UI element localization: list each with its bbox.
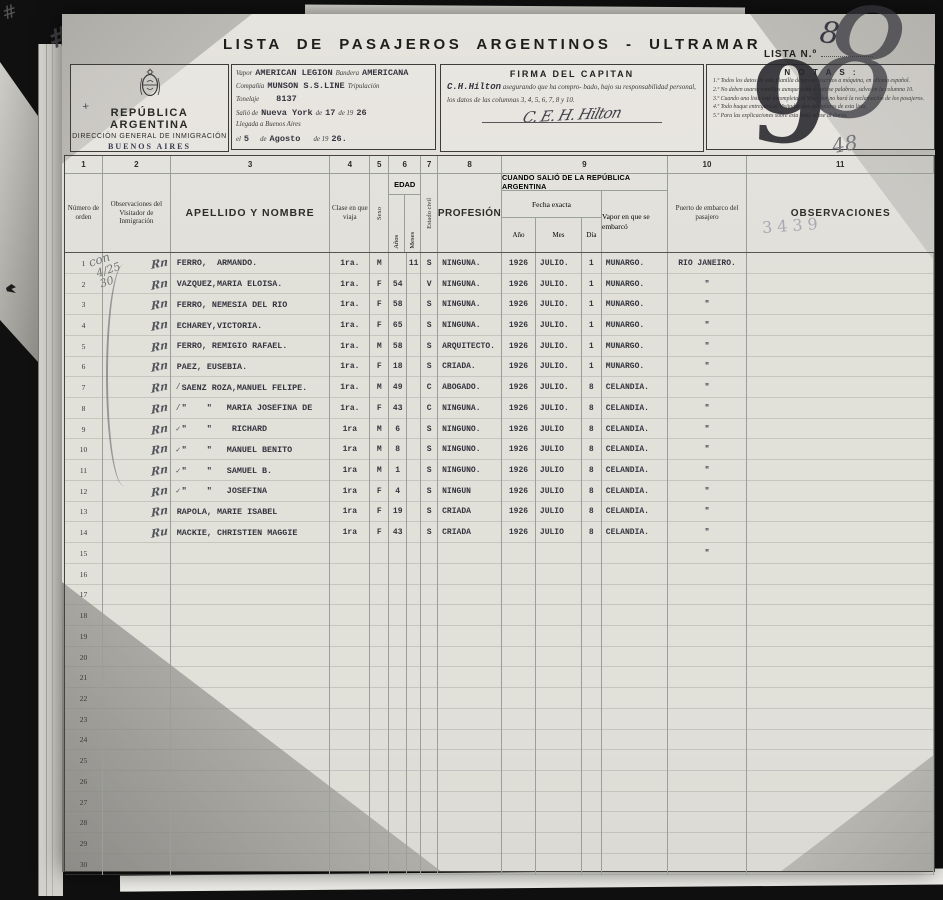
ano-cell bbox=[502, 543, 536, 564]
llegada-de-label: de bbox=[260, 136, 266, 143]
row-number: 9 bbox=[65, 419, 103, 440]
profesion-cell: NINGUNA. bbox=[438, 398, 502, 419]
meses-cell bbox=[407, 564, 421, 585]
table-row: 3 Rn FERRO, NEMESIA DEL RIO 1ra. F 58 S … bbox=[65, 294, 934, 315]
edad-label: EDAD bbox=[389, 174, 420, 195]
passenger-name: PAEZ, EUSEBIA. bbox=[177, 362, 247, 372]
profesion-cell: NINGUN bbox=[438, 481, 502, 502]
observaciones-cell bbox=[747, 833, 934, 854]
page-title: LISTA DE PASAJEROS ARGENTINOS - ULTRAMAR bbox=[212, 36, 772, 53]
llegada-month: Agosto bbox=[270, 134, 301, 144]
estado-civil-cell: C bbox=[421, 398, 438, 419]
mes-cell: JULIO. bbox=[536, 253, 582, 274]
name-cell: ✓" " MANUEL BENITO bbox=[171, 439, 331, 460]
profesion-cell: CRIADA bbox=[438, 522, 502, 543]
puerto-cell: " bbox=[668, 419, 748, 440]
vapor-cell: CELANDIA. bbox=[602, 377, 668, 398]
bandera-label: Bandera bbox=[336, 70, 359, 77]
table-row: 16 bbox=[65, 564, 934, 585]
profesion-cell bbox=[438, 564, 502, 585]
puerto-cell: " bbox=[668, 377, 748, 398]
clase-cell: 1ra bbox=[330, 439, 370, 460]
anos-cell: 58 bbox=[389, 336, 407, 357]
table-row: 11 Rn ✓" " SAMUEL B. 1ra M 1 S NINGUNO. … bbox=[65, 460, 934, 481]
anos-cell: 43 bbox=[389, 398, 407, 419]
table-row: 27 bbox=[65, 792, 934, 813]
ano-cell bbox=[502, 605, 536, 626]
dia-cell bbox=[582, 585, 602, 606]
tripulacion-label: Tripulación bbox=[348, 83, 380, 90]
profesion-cell bbox=[438, 585, 502, 606]
vapor-cell: CELANDIA. bbox=[602, 502, 668, 523]
profesion-cell bbox=[438, 626, 502, 647]
meses-cell bbox=[407, 522, 421, 543]
compania-label: Compañía bbox=[236, 83, 264, 90]
anos-cell: 1 bbox=[389, 460, 407, 481]
estado-civil-cell bbox=[421, 833, 438, 854]
vapor-cell bbox=[602, 647, 668, 668]
mes-cell: JULIO. bbox=[536, 315, 582, 336]
anos-cell bbox=[389, 564, 407, 585]
ano-cell bbox=[502, 812, 536, 833]
passenger-name: " " SAMUEL B. bbox=[182, 466, 272, 476]
estado-civil-cell bbox=[421, 750, 438, 771]
salio-de-label: de bbox=[316, 110, 322, 117]
vapor-cell bbox=[602, 854, 668, 875]
vapor-cell: MUNARGO. bbox=[602, 274, 668, 295]
book-binding-edge bbox=[38, 44, 63, 896]
clase-cell: 1ra bbox=[330, 481, 370, 502]
puerto-cell bbox=[668, 605, 748, 626]
clase-cell bbox=[330, 709, 370, 730]
dia-cell bbox=[582, 709, 602, 730]
vapor-cell: CELANDIA. bbox=[602, 460, 668, 481]
dia-cell: 8 bbox=[582, 419, 602, 440]
meses-cell bbox=[407, 667, 421, 688]
estado-civil-cell bbox=[421, 605, 438, 626]
table-row: 18 bbox=[65, 605, 934, 626]
observaciones-cell bbox=[747, 792, 934, 813]
passenger-name: " " MANUEL BENITO bbox=[182, 445, 293, 455]
ano-cell bbox=[502, 647, 536, 668]
mes-cell: JULIO bbox=[536, 522, 582, 543]
table-row: 17 bbox=[65, 585, 934, 606]
sexo-cell bbox=[370, 833, 389, 854]
anos-label: Años bbox=[393, 235, 400, 249]
name-cell bbox=[171, 564, 331, 585]
row-number: 26 bbox=[65, 771, 103, 792]
vapor-cell: CELANDIA. bbox=[602, 522, 668, 543]
visitador-mark: Rn bbox=[151, 276, 168, 293]
puerto-cell: " bbox=[668, 357, 748, 378]
table-row: 4 Rn ECHAREY,VICTORIA. 1ra. F 65 S NINGU… bbox=[65, 315, 934, 336]
estado-civil-cell bbox=[421, 688, 438, 709]
anos-cell bbox=[389, 543, 407, 564]
meses-cell bbox=[407, 771, 421, 792]
mes-cell bbox=[536, 647, 582, 668]
meses-cell bbox=[407, 730, 421, 751]
dia-cell bbox=[582, 543, 602, 564]
mes-cell bbox=[536, 833, 582, 854]
visitador-mark: Rn bbox=[151, 359, 168, 376]
captain-text-3: columnas 3, 4, 5, 6, 7, 8 y 10. bbox=[492, 96, 574, 104]
sexo-cell: F bbox=[370, 294, 389, 315]
table-row: 8 Rn /" " MARIA JOSEFINA DE 1ra. F 43 C … bbox=[65, 398, 934, 419]
profesion-cell bbox=[438, 812, 502, 833]
puerto-cell bbox=[668, 647, 748, 668]
col-number-5: 5 bbox=[370, 156, 389, 173]
sexo-cell bbox=[370, 730, 389, 751]
clase-cell bbox=[330, 771, 370, 792]
observaciones-cell bbox=[747, 605, 934, 626]
clase-cell: 1ra. bbox=[330, 315, 370, 336]
dia-cell: 8 bbox=[582, 522, 602, 543]
meses-cell bbox=[407, 647, 421, 668]
anos-cell: 43 bbox=[389, 522, 407, 543]
compania-value: MUNSON S.S.LINE bbox=[267, 81, 344, 91]
visitador-mark-cell bbox=[103, 750, 171, 771]
observaciones-cell bbox=[747, 439, 934, 460]
estado-civil-cell: V bbox=[421, 274, 438, 295]
sexo-cell bbox=[370, 792, 389, 813]
table-row: 26 bbox=[65, 771, 934, 792]
profesion-cell bbox=[438, 709, 502, 730]
llegada-year: 26. bbox=[331, 134, 346, 144]
fecha-exacta-group: Fecha exacta Año Mes Día bbox=[502, 191, 602, 252]
meses-label: Meses bbox=[409, 232, 416, 249]
sexo-cell: F bbox=[370, 522, 389, 543]
puerto-cell: " bbox=[668, 481, 748, 502]
dia-cell: 1 bbox=[582, 274, 602, 295]
meses-cell bbox=[407, 481, 421, 502]
observaciones-cell bbox=[747, 750, 934, 771]
table-header-row: Número de orden Observaciones del Visita… bbox=[65, 174, 934, 253]
sexo-cell bbox=[370, 605, 389, 626]
sexo-cell: M bbox=[370, 377, 389, 398]
name-cell: RAPOLA, MARIE ISABEL bbox=[171, 502, 331, 523]
vapor-cell bbox=[602, 771, 668, 792]
estado-civil-cell bbox=[421, 771, 438, 792]
dia-cell bbox=[582, 771, 602, 792]
ano-cell bbox=[502, 709, 536, 730]
vapor-cell: MUNARGO. bbox=[602, 294, 668, 315]
profesion-cell bbox=[438, 543, 502, 564]
mes-cell: JULIO bbox=[536, 481, 582, 502]
meses-cell bbox=[407, 315, 421, 336]
puerto-cell: " bbox=[668, 315, 748, 336]
estado-civil-cell bbox=[421, 812, 438, 833]
ano-cell: 1926 bbox=[502, 419, 536, 440]
ano-cell: 1926 bbox=[502, 398, 536, 419]
row-number: 17 bbox=[65, 585, 103, 606]
check-mark: / bbox=[176, 383, 181, 392]
dia-cell: 8 bbox=[582, 481, 602, 502]
mes-cell: JULIO bbox=[536, 419, 582, 440]
row-number: 28 bbox=[65, 812, 103, 833]
mes-cell: JULIO bbox=[536, 460, 582, 481]
visitador-mark-cell bbox=[103, 792, 171, 813]
observaciones-cell bbox=[747, 730, 934, 751]
visitador-mark-cell bbox=[103, 543, 171, 564]
meses-cell bbox=[407, 626, 421, 647]
header-clase: Clase en que viaja bbox=[330, 174, 370, 252]
visitador-mark-cell bbox=[103, 626, 171, 647]
visitador-mark: Ru bbox=[151, 524, 168, 541]
dia-cell: 1 bbox=[582, 336, 602, 357]
profesion-cell: NINGUNA. bbox=[438, 274, 502, 295]
estado-civil-label: Estado civil bbox=[426, 198, 433, 229]
ano-cell: 1926 bbox=[502, 315, 536, 336]
vapor-cell: MUNARGO. bbox=[602, 336, 668, 357]
row-number: 8 bbox=[65, 398, 103, 419]
meses-cell bbox=[407, 854, 421, 875]
clase-cell bbox=[330, 854, 370, 875]
clase-cell bbox=[330, 564, 370, 585]
visitador-mark: Rn bbox=[151, 483, 168, 500]
name-cell bbox=[171, 792, 331, 813]
observaciones-cell bbox=[747, 688, 934, 709]
anos-cell: 54 bbox=[389, 274, 407, 295]
clase-cell bbox=[330, 543, 370, 564]
table-row: 22 bbox=[65, 688, 934, 709]
sexo-cell bbox=[370, 564, 389, 585]
puerto-cell bbox=[668, 585, 748, 606]
anos-cell: 58 bbox=[389, 294, 407, 315]
check-mark: ✓ bbox=[176, 486, 181, 496]
ano-cell: 1926 bbox=[502, 460, 536, 481]
anos-cell bbox=[389, 688, 407, 709]
row-number: 27 bbox=[65, 792, 103, 813]
observaciones-cell bbox=[747, 667, 934, 688]
header-apellido-nombre: APELLIDO Y NOMBRE bbox=[171, 174, 331, 252]
row-number: 19 bbox=[65, 626, 103, 647]
name-cell bbox=[171, 750, 331, 771]
estado-civil-cell: S bbox=[421, 502, 438, 523]
clase-cell bbox=[330, 667, 370, 688]
meses-cell bbox=[407, 377, 421, 398]
col-number-11: 11 bbox=[747, 156, 934, 173]
ano-cell bbox=[502, 730, 536, 751]
profesion-cell: NINGUNO. bbox=[438, 419, 502, 440]
profesion-cell bbox=[438, 730, 502, 751]
sexo-cell: M bbox=[370, 439, 389, 460]
observaciones-cell bbox=[747, 709, 934, 730]
profesion-cell bbox=[438, 688, 502, 709]
vapor-embarco-label: Vapor en que se embarcó bbox=[602, 191, 667, 252]
sexo-cell: F bbox=[370, 481, 389, 502]
name-cell: FERRO, ARMANDO. bbox=[171, 253, 331, 274]
vapor-cell bbox=[602, 792, 668, 813]
anos-cell bbox=[389, 709, 407, 730]
header-observaciones-visitador: Observaciones del Visitador de Inmigraci… bbox=[103, 174, 171, 252]
row-number: 21 bbox=[65, 667, 103, 688]
dia-cell bbox=[582, 854, 602, 875]
row-number: 14 bbox=[65, 522, 103, 543]
meses-cell: 11 bbox=[407, 253, 421, 274]
vapor-cell: CELANDIA. bbox=[602, 419, 668, 440]
llegada-day: 5 bbox=[244, 134, 249, 144]
ano-cell bbox=[502, 688, 536, 709]
vapor-cell: MUNARGO. bbox=[602, 315, 668, 336]
observaciones-cell bbox=[747, 854, 934, 875]
sexo-cell: M bbox=[370, 460, 389, 481]
visitador-mark: Rn bbox=[151, 296, 168, 313]
anos-cell bbox=[389, 771, 407, 792]
anos-cell bbox=[389, 792, 407, 813]
visitador-mark-cell: Ru bbox=[103, 522, 171, 543]
visitador-mark-cell bbox=[103, 854, 171, 875]
sexo-cell bbox=[370, 626, 389, 647]
clase-cell: 1ra bbox=[330, 419, 370, 440]
observaciones-cell bbox=[747, 502, 934, 523]
anos-cell: 49 bbox=[389, 377, 407, 398]
vapor-cell bbox=[602, 730, 668, 751]
visitador-mark: Rn bbox=[151, 504, 168, 521]
profesion-cell: ARQUITECTO. bbox=[438, 336, 502, 357]
anos-cell: 4 bbox=[389, 481, 407, 502]
meses-cell bbox=[407, 750, 421, 771]
estado-civil-cell: S bbox=[421, 294, 438, 315]
ano-cell bbox=[502, 792, 536, 813]
passenger-name: " " RICHARD bbox=[182, 424, 267, 434]
table-row: 21 bbox=[65, 667, 934, 688]
header-profesion: PROFESIÓN bbox=[438, 174, 502, 252]
table-row: 2 Rn VAZQUEZ,MARIA ELOISA. 1ra. F 54 V N… bbox=[65, 274, 934, 295]
sexo-cell: F bbox=[370, 315, 389, 336]
table-row: 25 bbox=[65, 750, 934, 771]
meses-cell bbox=[407, 439, 421, 460]
clase-cell: 1ra bbox=[330, 522, 370, 543]
passenger-name: RAPOLA, MARIE ISABEL bbox=[177, 507, 278, 517]
clase-cell bbox=[330, 750, 370, 771]
table-row: 9 Rn ✓" " RICHARD 1ra M 6 S NINGUNO. 192… bbox=[65, 419, 934, 440]
estado-civil-cell bbox=[421, 667, 438, 688]
vapor-cell: MUNARGO. bbox=[602, 357, 668, 378]
sexo-cell: M bbox=[370, 253, 389, 274]
passenger-name: " " JOSEFINA bbox=[182, 486, 267, 496]
mes-cell bbox=[536, 730, 582, 751]
profesion-cell bbox=[438, 605, 502, 626]
mes-cell: JULIO. bbox=[536, 377, 582, 398]
mes-cell bbox=[536, 667, 582, 688]
observaciones-cell bbox=[747, 274, 934, 295]
llegada-label: Llegada a Buenos Aires bbox=[236, 121, 301, 128]
meses-cell bbox=[407, 543, 421, 564]
row-number: 3 bbox=[65, 294, 103, 315]
puerto-cell bbox=[668, 771, 748, 792]
puerto-cell bbox=[668, 792, 748, 813]
profesion-cell: CRIADA. bbox=[438, 357, 502, 378]
captain-signature: C. E. H. Hilton bbox=[521, 104, 623, 127]
observaciones-cell bbox=[747, 419, 934, 440]
observaciones-cell bbox=[747, 481, 934, 502]
anos-cell bbox=[389, 854, 407, 875]
mes-cell: JULIO. bbox=[536, 336, 582, 357]
puerto-cell: " bbox=[668, 294, 748, 315]
visitador-mark-cell: Rn bbox=[103, 481, 171, 502]
profesion-cell bbox=[438, 771, 502, 792]
pencil-48-note: 48 bbox=[830, 130, 859, 158]
vapor-cell: MUNARGO. bbox=[602, 253, 668, 274]
ano-cell bbox=[502, 854, 536, 875]
header-puerto-embarco: Puerto de embarco del pasajero bbox=[668, 174, 748, 252]
meses-cell bbox=[407, 294, 421, 315]
vapor-cell bbox=[602, 812, 668, 833]
dia-cell bbox=[582, 647, 602, 668]
anos-cell: 18 bbox=[389, 357, 407, 378]
captain-name: C.H.Hilton bbox=[447, 82, 501, 92]
anos-cell bbox=[389, 667, 407, 688]
clase-cell bbox=[330, 626, 370, 647]
visitador-mark-cell: Rn bbox=[103, 502, 171, 523]
vapor-cell: CELANDIA. bbox=[602, 481, 668, 502]
check-mark: ✓ bbox=[176, 466, 181, 476]
sexo-label: Sexo bbox=[376, 207, 383, 220]
observaciones-cell bbox=[747, 522, 934, 543]
dia-cell: 1 bbox=[582, 253, 602, 274]
ano-cell: 1926 bbox=[502, 377, 536, 398]
profesion-cell: NINGUNA. bbox=[438, 315, 502, 336]
scanned-passenger-list: { "page": { "title": "LISTA DE PASAJEROS… bbox=[0, 0, 943, 900]
table-row: 6 Rn PAEZ, EUSEBIA. 1ra. F 18 S CRIADA. … bbox=[65, 357, 934, 378]
visitador-mark: Rn bbox=[151, 255, 168, 272]
name-cell: ECHAREY,VICTORIA. bbox=[171, 315, 331, 336]
table-row: 23 bbox=[65, 709, 934, 730]
visitador-mark: Rn bbox=[151, 400, 168, 417]
ano-cell bbox=[502, 564, 536, 585]
observaciones-cell bbox=[747, 564, 934, 585]
anos-cell bbox=[389, 833, 407, 854]
puerto-cell bbox=[668, 812, 748, 833]
clase-cell bbox=[330, 585, 370, 606]
clase-cell: 1ra. bbox=[330, 398, 370, 419]
clase-cell: 1ra. bbox=[330, 377, 370, 398]
clase-cell bbox=[330, 833, 370, 854]
table-row: 13 Rn RAPOLA, MARIE ISABEL 1ra F 19 S CR… bbox=[65, 502, 934, 523]
visitador-mark-cell bbox=[103, 709, 171, 730]
mes-cell bbox=[536, 688, 582, 709]
mes-cell bbox=[536, 709, 582, 730]
dia-label: Día bbox=[582, 218, 601, 252]
dia-cell bbox=[582, 730, 602, 751]
document-page: LISTA DE PASAJEROS ARGENTINOS - ULTRAMAR… bbox=[62, 14, 935, 872]
estado-civil-cell bbox=[421, 730, 438, 751]
sexo-cell bbox=[370, 688, 389, 709]
visitador-mark: Rn bbox=[151, 462, 168, 479]
observaciones-cell bbox=[747, 336, 934, 357]
dia-cell bbox=[582, 688, 602, 709]
check-mark: ✓ bbox=[176, 445, 181, 455]
profesion-cell: NINGUNA. bbox=[438, 253, 502, 274]
anos-cell bbox=[389, 626, 407, 647]
row-number: 7 bbox=[65, 377, 103, 398]
name-cell: FERRO, REMIGIO RAFAEL. bbox=[171, 336, 331, 357]
profesion-cell: CRIADA bbox=[438, 502, 502, 523]
meses-cell bbox=[407, 336, 421, 357]
mes-cell: JULIO. bbox=[536, 294, 582, 315]
estado-civil-cell bbox=[421, 854, 438, 875]
observaciones-cell bbox=[747, 357, 934, 378]
mes-cell bbox=[536, 854, 582, 875]
name-cell: ✓" " RICHARD bbox=[171, 419, 331, 440]
observaciones-cell bbox=[747, 543, 934, 564]
table-row: 14 Ru MACKIE, CHRISTIEN MAGGIE 1ra F 43 … bbox=[65, 522, 934, 543]
name-cell: MACKIE, CHRISTIEN MAGGIE bbox=[171, 522, 331, 543]
ano-cell: 1926 bbox=[502, 502, 536, 523]
captain-text-1: asegurando que ha compro- bbox=[503, 83, 582, 91]
fecha-exacta-label: Fecha exacta bbox=[502, 191, 601, 218]
cuando-salio-label: CUANDO SALIÓ DE LA REPÚBLICA ARGENTINA bbox=[502, 174, 667, 191]
